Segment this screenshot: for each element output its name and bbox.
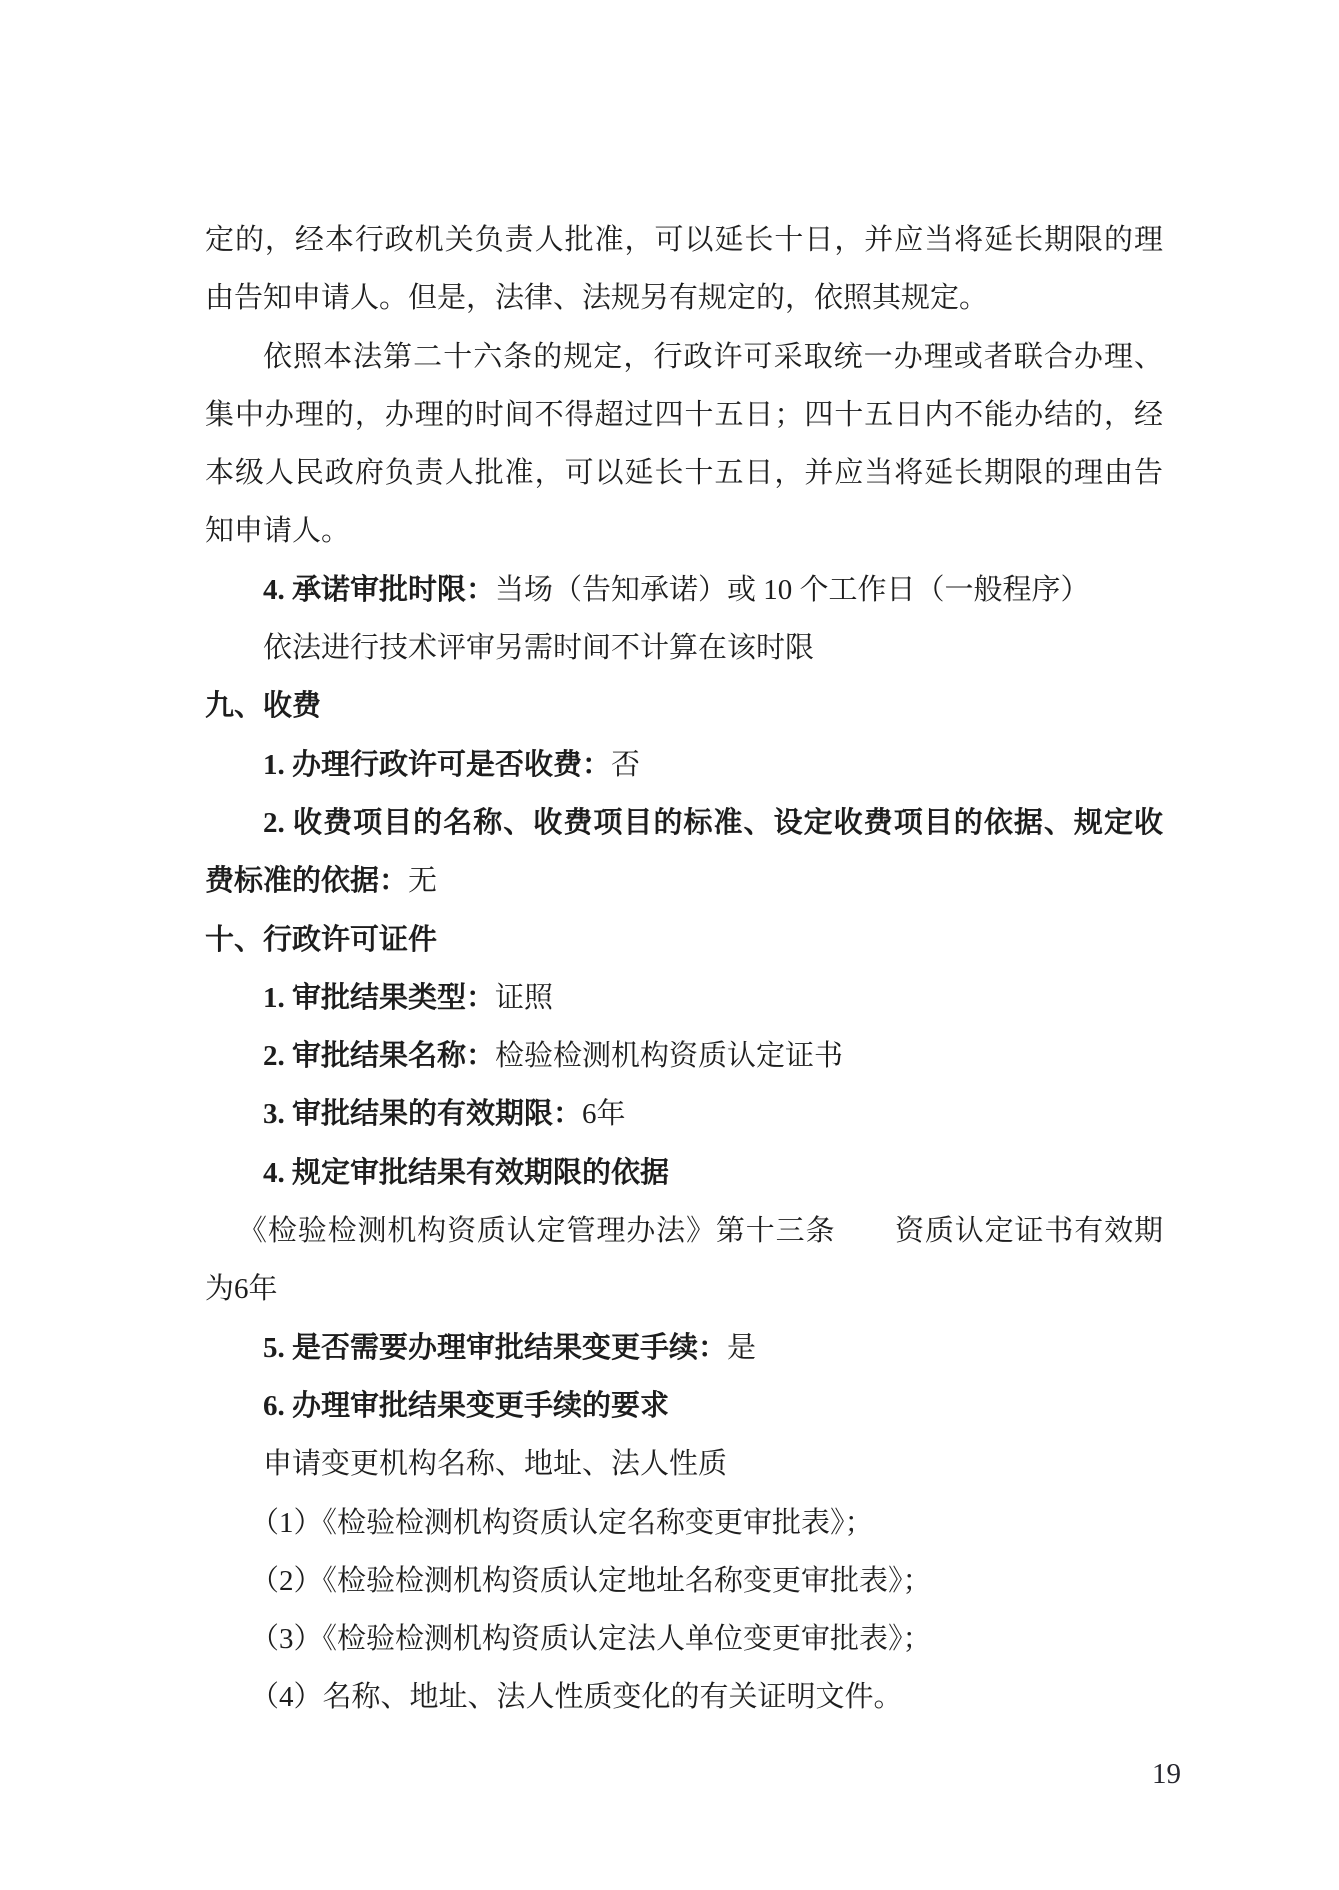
text-line: 3. 审批结果的有效期限：6年	[205, 1085, 1163, 1143]
bold-text-segment: 2. 审批结果名称：	[263, 1040, 495, 1072]
text-line: 十、行政许可证件	[205, 911, 1163, 969]
text-line: （2）《检验检测机构资质认定地址名称变更审批表》；	[205, 1552, 1163, 1610]
text-line: 6. 办理审批结果变更手续的要求	[205, 1377, 1163, 1435]
text-line: 4. 承诺审批时限：当场（告知承诺）或 10 个工作日（一般程序）	[205, 561, 1163, 619]
text-line: 为6年	[205, 1260, 1163, 1318]
bold-text-segment: 4. 规定审批结果有效期限的依据	[263, 1157, 669, 1189]
text-segment: （3）《检验检测机构资质认定法人单位变更审批表》；	[250, 1623, 932, 1655]
text-segment: 6年	[582, 1098, 626, 1130]
bold-text-segment: 费标准的依据：	[205, 865, 408, 897]
text-line: 4. 规定审批结果有效期限的依据	[205, 1144, 1163, 1202]
bold-text-segment: 5. 是否需要办理审批结果变更手续：	[263, 1332, 727, 1364]
text-segment: 是	[727, 1332, 756, 1364]
text-line: 1. 办理行政许可是否收费：否	[205, 736, 1163, 794]
text-line: 申请变更机构名称、地址、法人性质	[205, 1435, 1163, 1493]
page-number: 19	[1152, 1756, 1181, 1792]
text-line: 知申请人。	[205, 502, 1163, 560]
text-segment: 定的，经本行政机关负责人批准，可以延长十日，并应当将延长期限的理	[205, 224, 1163, 256]
text-line: （1）《检验检测机构资质认定名称变更审批表》；	[205, 1494, 1163, 1552]
text-line: 5. 是否需要办理审批结果变更手续：是	[205, 1319, 1163, 1377]
text-segment: 知申请人。	[205, 515, 350, 547]
text-segment: 当场（告知承诺）或 10 个工作日（一般程序）	[495, 574, 1090, 606]
text-segment: 依照本法第二十六条的规定，行政许可采取统一办理或者联合办理、	[263, 341, 1163, 373]
text-line: 九、收费	[205, 677, 1163, 735]
bold-text-segment: 6. 办理审批结果变更手续的要求	[263, 1390, 669, 1422]
text-line: 本级人民政府负责人批准，可以延长十五日，并应当将延长期限的理由告	[205, 444, 1163, 502]
text-line: 定的，经本行政机关负责人批准，可以延长十日，并应当将延长期限的理	[205, 211, 1163, 269]
text-line: 集中办理的，办理的时间不得超过四十五日；四十五日内不能办结的，经	[205, 386, 1163, 444]
bold-text-segment: 九、收费	[205, 690, 321, 722]
text-segment: （4）名称、地址、法人性质变化的有关证明文件。	[250, 1681, 903, 1713]
text-segment: 检验检测机构资质认定证书	[495, 1040, 843, 1072]
text-line: 依法进行技术评审另需时间不计算在该时限	[205, 619, 1163, 677]
text-line: 1. 审批结果类型：证照	[205, 969, 1163, 1027]
text-segment: 依法进行技术评审另需时间不计算在该时限	[263, 632, 814, 664]
text-line: 由告知申请人。但是，法律、法规另有规定的，依照其规定。	[205, 269, 1163, 327]
bold-text-segment: 2. 收费项目的名称、收费项目的标准、设定收费项目的依据、规定收	[263, 807, 1163, 839]
text-segment: 申请变更机构名称、地址、法人性质	[263, 1448, 727, 1480]
bold-text-segment: 十、行政许可证件	[205, 924, 437, 956]
bold-text-segment: 1. 审批结果类型：	[263, 982, 495, 1014]
text-segment: 集中办理的，办理的时间不得超过四十五日；四十五日内不能办结的，经	[205, 399, 1163, 431]
text-line: 费标准的依据：无	[205, 852, 1163, 910]
text-line: 依照本法第二十六条的规定，行政许可采取统一办理或者联合办理、	[205, 328, 1163, 386]
bold-text-segment: 4. 承诺审批时限：	[263, 574, 495, 606]
bold-text-segment: 3. 审批结果的有效期限：	[263, 1098, 582, 1130]
text-segment: 证照	[495, 982, 553, 1014]
text-segment: 由告知申请人。但是，法律、法规另有规定的，依照其规定。	[205, 282, 988, 314]
text-line: 2. 审批结果名称：检验检测机构资质认定证书	[205, 1027, 1163, 1085]
text-segment: （2）《检验检测机构资质认定地址名称变更审批表》；	[250, 1565, 932, 1597]
text-line: 《检验检测机构资质认定管理办法》第十三条 资质认定证书有效期	[205, 1202, 1163, 1260]
bold-text-segment: 1. 办理行政许可是否收费：	[263, 749, 611, 781]
text-segment: 本级人民政府负责人批准，可以延长十五日，并应当将延长期限的理由告	[205, 457, 1163, 489]
text-segment: 无	[408, 865, 437, 897]
document-page: 定的，经本行政机关负责人批准，可以延长十日，并应当将延长期限的理由告知申请人。但…	[0, 0, 1339, 1890]
text-segment: （1）《检验检测机构资质认定名称变更审批表》；	[250, 1507, 874, 1539]
text-line: 2. 收费项目的名称、收费项目的标准、设定收费项目的依据、规定收	[205, 794, 1163, 852]
text-line: （4）名称、地址、法人性质变化的有关证明文件。	[205, 1668, 1163, 1726]
text-segment: 《检验检测机构资质认定管理办法》第十三条 资质认定证书有效期	[238, 1215, 1163, 1247]
document-content: 定的，经本行政机关负责人批准，可以延长十日，并应当将延长期限的理由告知申请人。但…	[205, 211, 1163, 1727]
text-segment: 否	[611, 749, 640, 781]
text-segment: 为6年	[205, 1273, 278, 1305]
text-line: （3）《检验检测机构资质认定法人单位变更审批表》；	[205, 1610, 1163, 1668]
